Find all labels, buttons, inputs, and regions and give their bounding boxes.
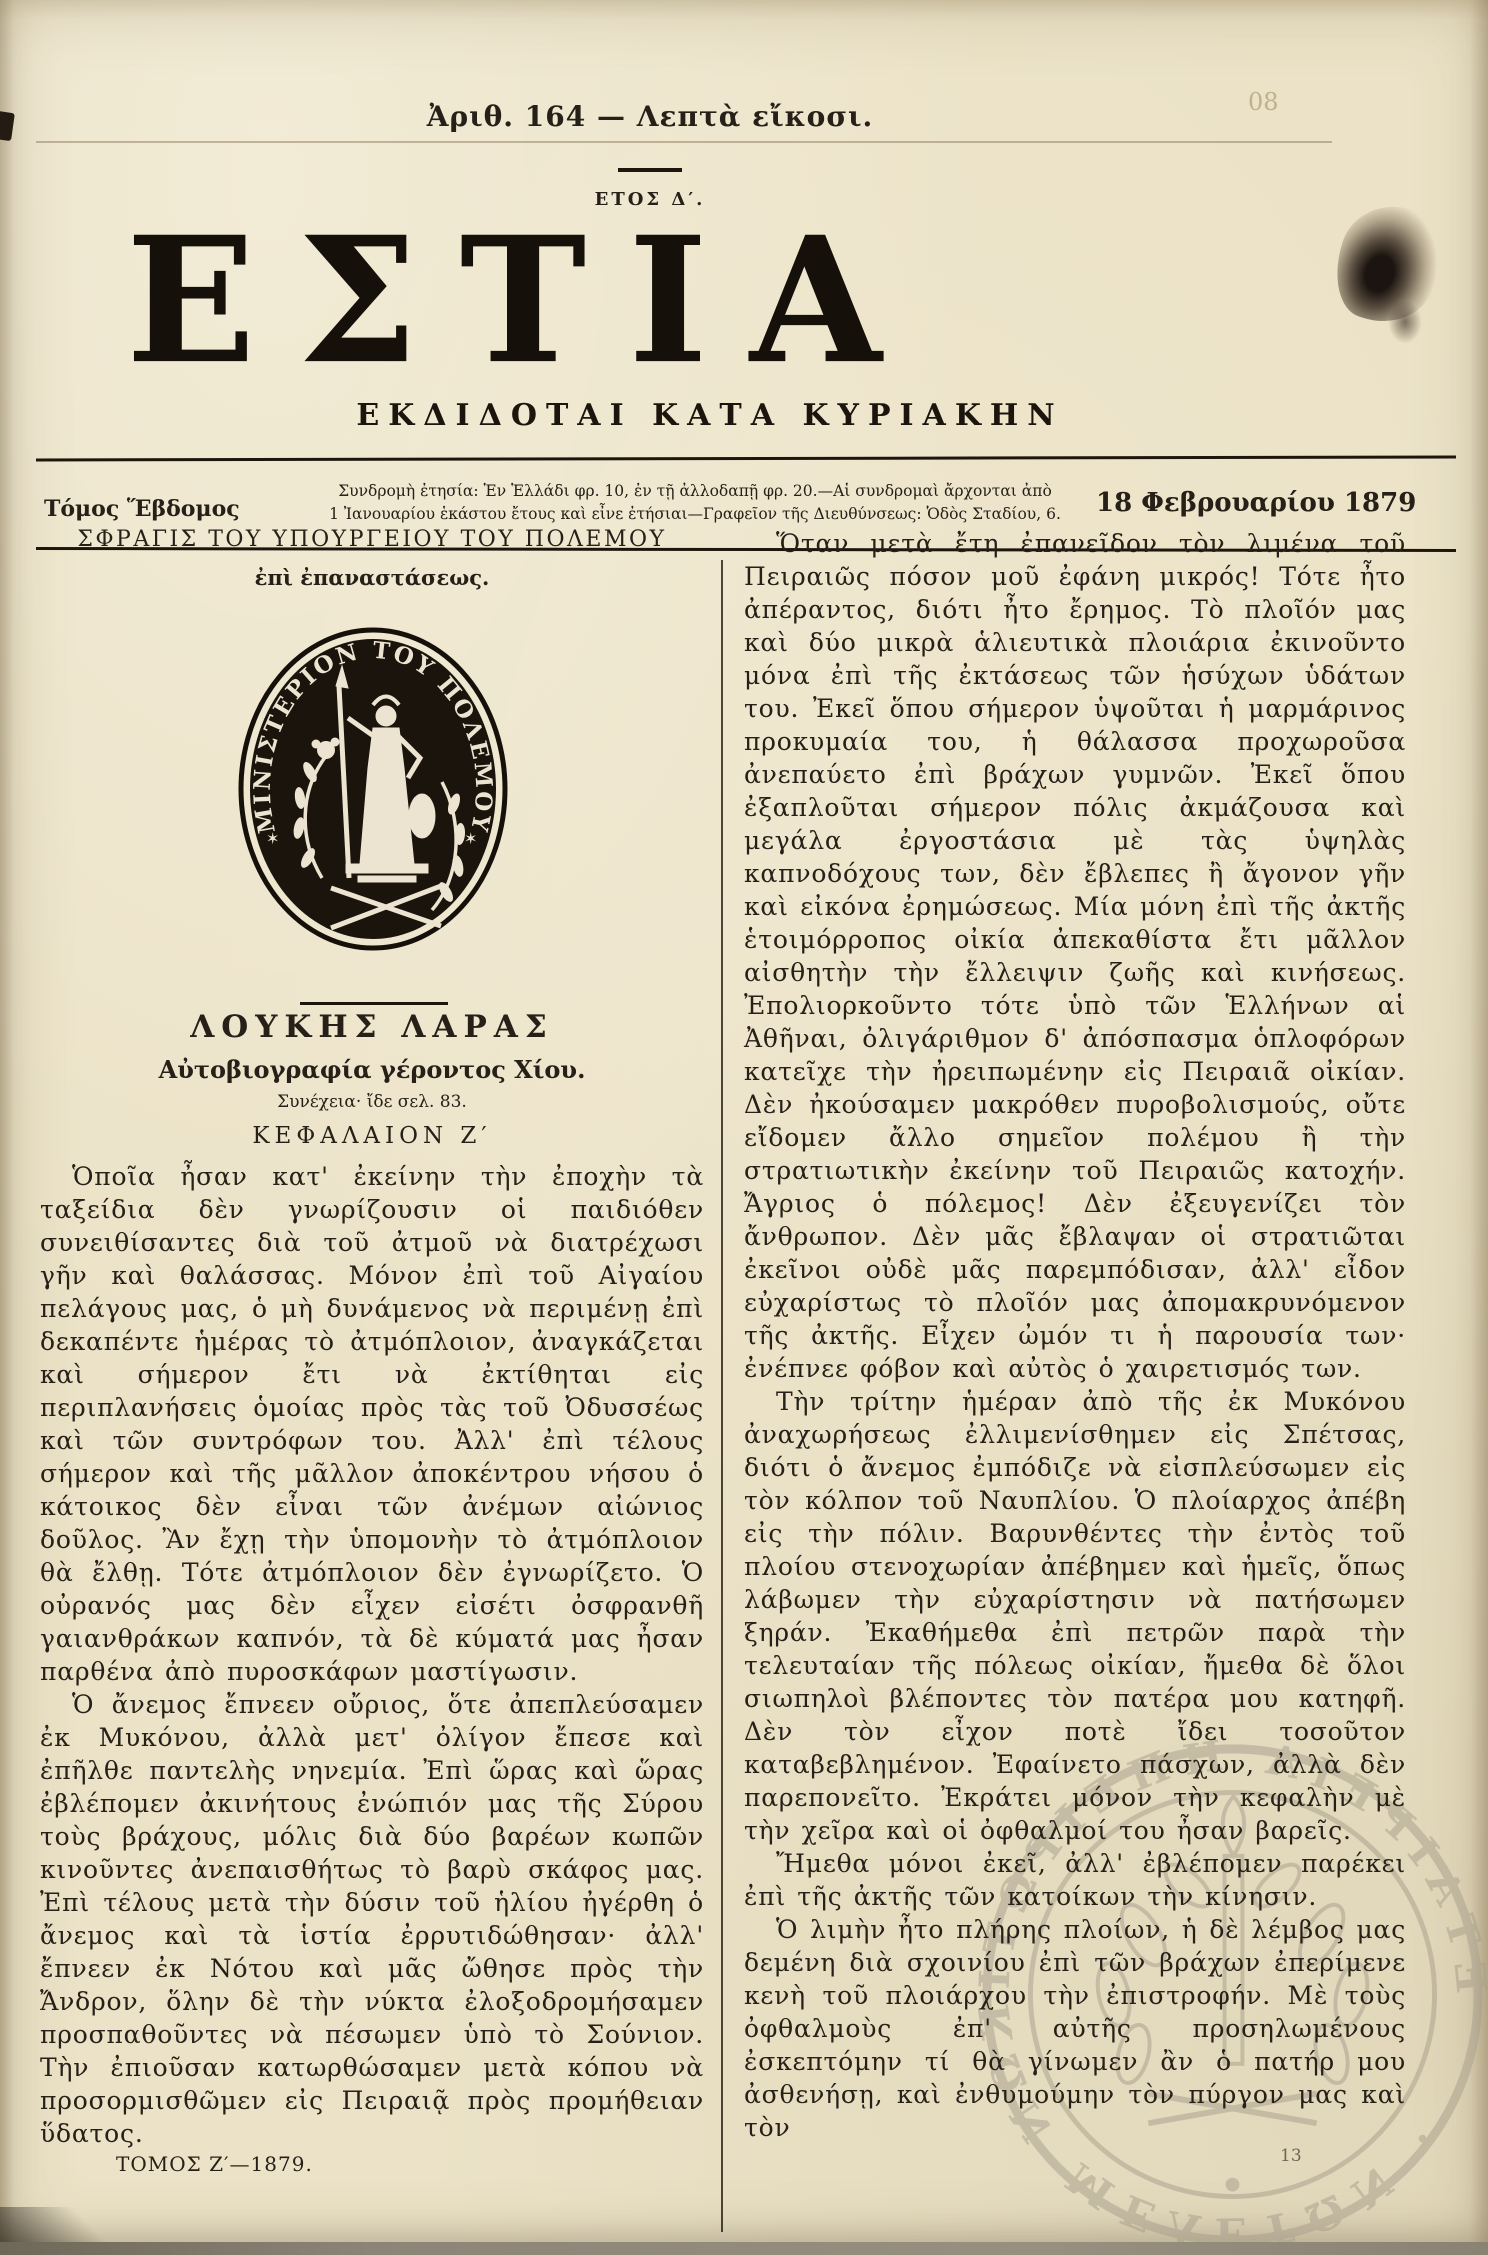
article-title: ΛΟΥΚΗΣ ΛΑΡΑΣ	[40, 1009, 704, 1045]
right-column-body: Ὅταν μετὰ ἔτη ἐπανεῖδον τὸν λιμένα τοῦ Π…	[744, 527, 1406, 2144]
paragraph: Ὁποῖα ἦσαν κατ' ἐκείνην τὴν ἐποχὴν τὰ τα…	[40, 1160, 704, 1688]
subscription-info: Συνδρομὴ ἐτησία: Ἐν Ἑλλάδι φρ. 10, ἐν τῇ…	[300, 480, 1090, 526]
ink-speck	[1388, 300, 1422, 344]
issue-date: 18 Φεβρουαρίου 1879	[1096, 488, 1376, 518]
column-divider-rule	[721, 560, 723, 2232]
paragraph: Τὴν τρίτην ἡμέραν ἀπὸ τῆς ἐκ Μυκόνου ἀνα…	[744, 1385, 1406, 1847]
masthead-title: ΕΣΤΙΑ	[126, 214, 924, 387]
newspaper-page: 80 Ἀριθ. 164 — Λεπτὰ εἴκοσι. ΕΤΟΣ Δ′. ΕΣ…	[0, 0, 1488, 2255]
issue-price-line: Ἀριθ. 164 — Λεπτὰ εἴκοσι.	[0, 100, 1300, 133]
article-subtitle: Αὐτοβιογραφία γέροντος Χίου.	[40, 1055, 704, 1084]
paragraph: Ὁ λιμὴν ἦτο πλήρης πλοίων, ἡ δὲ λέμβος μ…	[744, 1913, 1406, 2144]
paragraph: Ὁ ἄνεμος ἔπνεεν οὔριος, ὅτε ἀπεπλεύσαμεν…	[40, 1688, 704, 2150]
header-divider-rule	[618, 168, 682, 172]
bleedthrough-rule	[36, 141, 1332, 143]
volume-footer: ΤΟΜΟΣ Ζ′—1879.	[116, 2152, 313, 2176]
seal-star-right: ✶	[464, 829, 477, 848]
section-divider-rule	[300, 1002, 448, 1005]
volume-label: Τόμος Ἕβδομος	[44, 496, 240, 522]
seal-article-subheading: ἐπὶ ἐπαναστάσεως.	[40, 565, 704, 590]
scan-bottom-edge	[0, 2242, 1488, 2255]
chapter-heading: ΚΕΦΑΛΑΙΟΝ Ζ′	[40, 1123, 704, 1149]
seal-star-left: ✶	[266, 829, 279, 848]
page-edge-nick	[0, 111, 15, 141]
page-number: 13	[1280, 2146, 1302, 2166]
seal-article-heading: ΣΦΡΑΓΙΣ ΤΟΥ ΥΠΟΥΡΓΕΙΟΥ ΤΟΥ ΠΟΛΕΜΟΥ	[40, 527, 704, 552]
paragraph: Ἤμεθα μόνοι ἐκεῖ, ἀλλ' ἐβλέπομεν παρέκει…	[744, 1847, 1406, 1913]
masthead-subtitle: ΕΚΔΙΔΟΤΑΙ ΚΑΤΑ ΚΥΡΙΑΚΗΝ	[330, 398, 1090, 433]
war-ministry-seal-image: ΜΙΝΙΣΤΕΡΙΟΝ ΤΟΥ ΠΟΛΕΜΟΥ ✶ ✶	[236, 626, 510, 956]
subscription-line-1: Συνδρομὴ ἐτησία: Ἐν Ἑλλάδι φρ. 10, ἐν τῇ…	[300, 480, 1090, 503]
subscription-line-2: 1 Ἰανουαρίου ἑκάστου ἔτους καὶ εἶνε ἐτήσ…	[300, 503, 1090, 526]
paragraph: Ὅταν μετὰ ἔτη ἐπανεῖδον τὸν λιμένα τοῦ Π…	[744, 527, 1406, 1385]
left-column-body: Ὁποῖα ἦσαν κατ' ἐκείνην τὴν ἐποχὴν τὰ τα…	[40, 1160, 704, 2150]
scan-edge-shadow	[0, 2207, 120, 2247]
info-box-top-rule	[36, 456, 1456, 462]
continuation-note: Συνέχεια· ἴδε σελ. 83.	[40, 1092, 704, 1112]
